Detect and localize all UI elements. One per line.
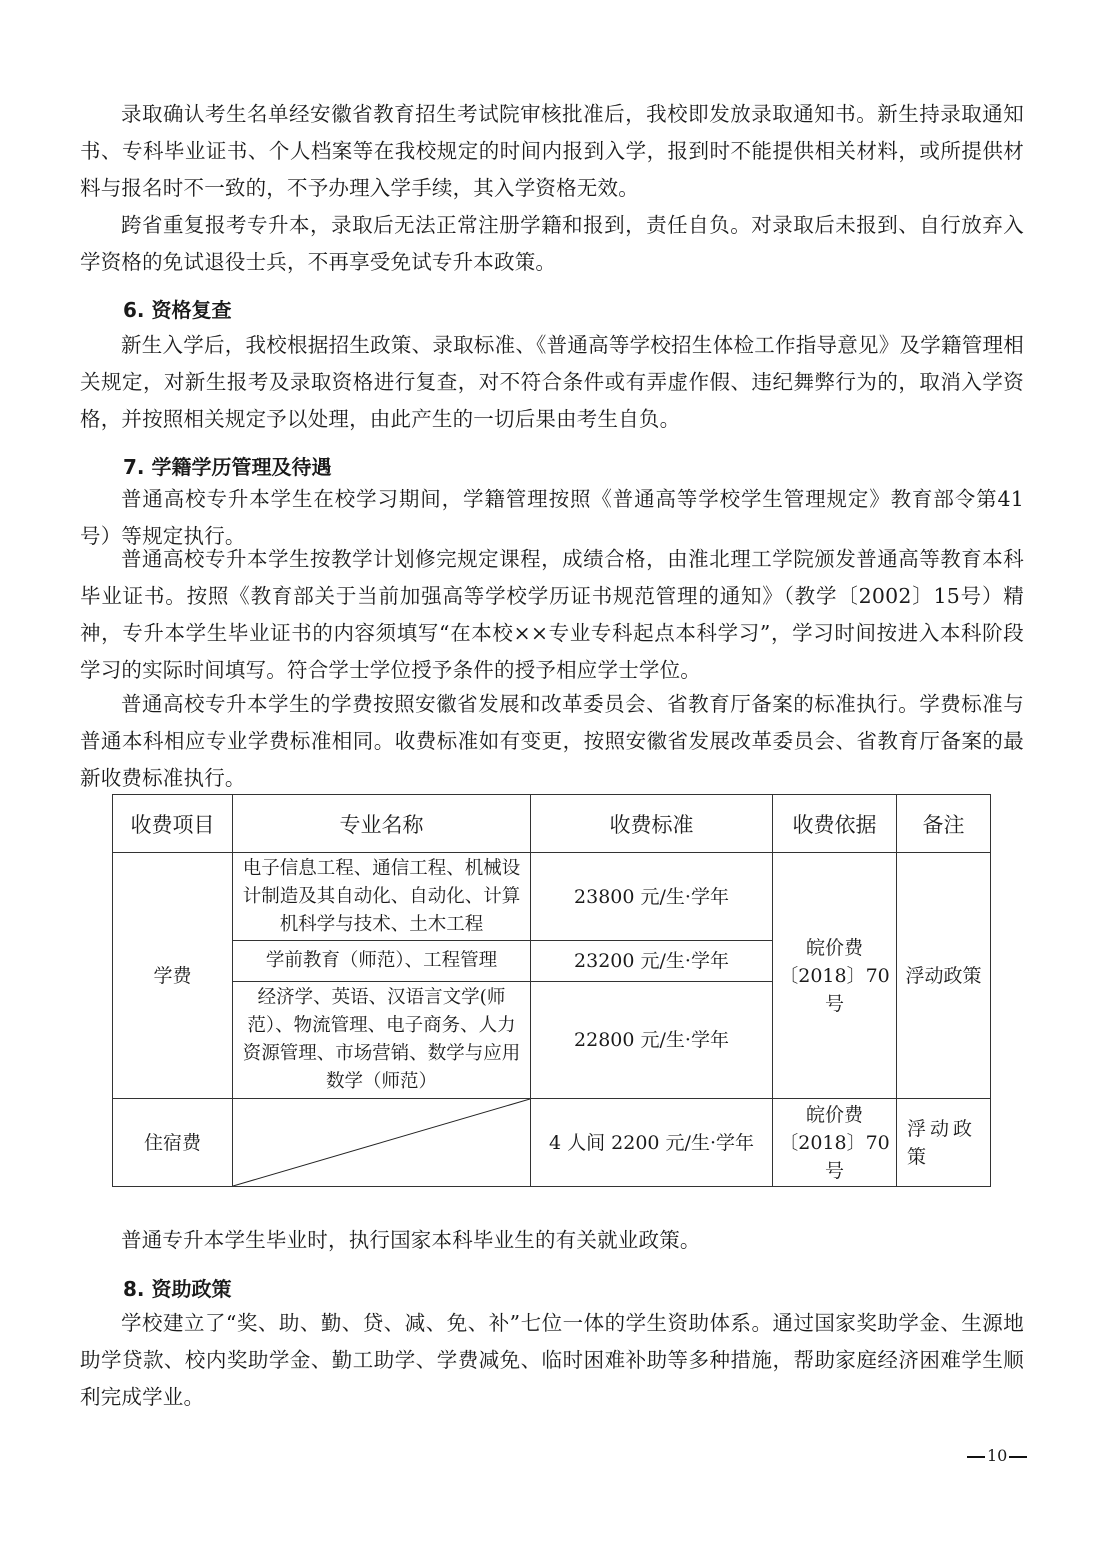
table-row: 学费 电子信息工程、通信工程、机械设计制造及其自动化、自动化、计算机科学与技术、… <box>113 853 991 941</box>
header-major-name: 专业名称 <box>233 795 531 853</box>
header-fee-standard: 收费标准 <box>531 795 773 853</box>
paragraph-qualification-review: 新生入学后，我校根据招生政策、录取标准、《普通高等学校招生体检工作指导意见》及学… <box>80 327 1024 438</box>
heading-qualification-review: 6. 资格复查 <box>123 295 231 325</box>
tuition-standard-2: 23200 元/生·学年 <box>531 941 773 982</box>
diagonal-line-icon <box>233 1099 530 1186</box>
paragraph-employment-policy: 普通专升本学生毕业时，执行国家本科毕业生的有关就业政策。 <box>80 1222 1024 1259</box>
table-row: 住宿费 4 人间 2200 元/生·学年 皖价费〔2018〕70号 浮动政策 <box>113 1099 991 1187</box>
tuition-basis-cell: 皖价费〔2018〕70号 <box>773 853 897 1099</box>
page-number-text: 10 <box>987 1446 1007 1465</box>
document-page: 录取确认考生名单经安徽省教育招生考试院审核批准后，我校即发放录取通知书。新生持录… <box>0 0 1102 1559</box>
heading-financial-aid: 8. 资助政策 <box>123 1274 231 1304</box>
tuition-majors-2: 学前教育（师范）、工程管理 <box>233 941 531 982</box>
tuition-majors-1: 电子信息工程、通信工程、机械设计制造及其自动化、自动化、计算机科学与技术、土木工… <box>233 853 531 941</box>
header-remarks: 备注 <box>897 795 991 853</box>
accommodation-basis-cell: 皖价费〔2018〕70号 <box>773 1099 897 1187</box>
tuition-standard-1: 23800 元/生·学年 <box>531 853 773 941</box>
fee-table: 收费项目 专业名称 收费标准 收费依据 备注 学费 电子信息工程、通信工程、机械… <box>112 794 991 1187</box>
accommodation-item-cell: 住宿费 <box>113 1099 233 1187</box>
tuition-majors-3: 经济学、英语、汉语言文学(师范）、物流管理、电子商务、人力资源管理、市场营销、数… <box>233 982 531 1099</box>
paragraph-graduation-certificate: 普通高校专升本学生按教学计划修完规定课程，成绩合格，由淮北理工学院颁发普通高等教… <box>80 541 1024 689</box>
paragraph-financial-aid: 学校建立了“奖、助、勤、贷、减、免、补”七位一体的学生资助体系。通过国家奖助学金… <box>80 1305 1024 1416</box>
accommodation-note-cell: 浮动政策 <box>897 1099 991 1187</box>
tuition-note-cell: 浮动政策 <box>897 853 991 1099</box>
header-fee-basis: 收费依据 <box>773 795 897 853</box>
fee-table-header-row: 收费项目 专业名称 收费标准 收费依据 备注 <box>113 795 991 853</box>
accommodation-standard-cell: 4 人间 2200 元/生·学年 <box>531 1099 773 1187</box>
dash-left <box>967 1456 985 1458</box>
tuition-item-cell: 学费 <box>113 853 233 1099</box>
dash-right <box>1009 1456 1027 1458</box>
page-number: 10 <box>965 1446 1029 1466</box>
header-fee-item: 收费项目 <box>113 795 233 853</box>
heading-student-status: 7. 学籍学历管理及待遇 <box>123 452 331 482</box>
tuition-standard-3: 22800 元/生·学年 <box>531 982 773 1099</box>
accommodation-majors-empty-cell <box>233 1099 531 1187</box>
paragraph-cross-province: 跨省重复报考专升本，录取后无法正常注册学籍和报到，责任自负。对录取后未报到、自行… <box>80 207 1024 281</box>
paragraph-tuition-standard: 普通高校专升本学生的学费按照安徽省发展和改革委员会、省教育厅备案的标准执行。学费… <box>80 686 1024 797</box>
paragraph-admission-notice: 录取确认考生名单经安徽省教育招生考试院审核批准后，我校即发放录取通知书。新生持录… <box>80 96 1024 207</box>
